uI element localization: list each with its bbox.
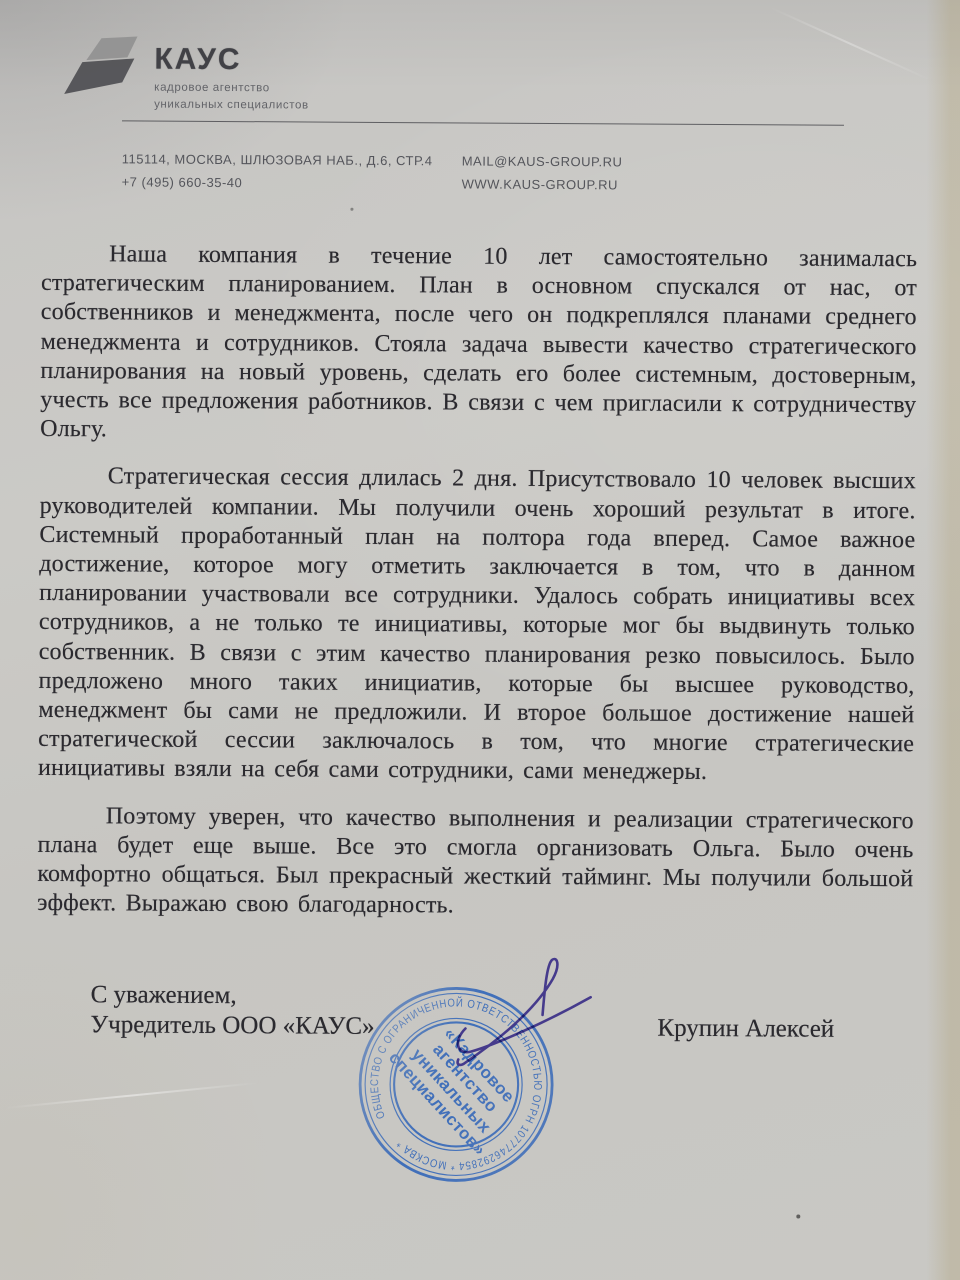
kaus-logo-icon xyxy=(64,36,144,98)
brand-name: КАУС xyxy=(154,45,309,76)
closing-left: С уважением, Учредитель ООО «КАУС» xyxy=(90,980,374,1042)
paragraph-2: Стратегическая сессия длилась 2 дня. При… xyxy=(38,462,916,789)
letter-photo: КАУС кадровое агентство уникальных специ… xyxy=(0,0,960,1280)
signatory-name: Крупин Алексей xyxy=(657,1015,834,1044)
paper-crease xyxy=(3,1082,262,1109)
contact-web-block: MAIL@KAUS-GROUP.RU WWW.KAUS-GROUP.RU xyxy=(462,150,623,196)
closing-block: С уважением, Учредитель ООО «КАУС» Крупи… xyxy=(1,0,960,5)
letterhead: КАУС кадровое агентство уникальных специ… xyxy=(1,0,960,5)
signatory-title: Учредитель ООО «КАУС» xyxy=(90,1010,374,1042)
brand-text: КАУС кадровое агентство уникальных специ… xyxy=(154,45,309,114)
tagline-line-1: кадровое агентство xyxy=(154,80,309,98)
paragraph-3: Поэтому уверен, что качество выполнения … xyxy=(37,802,914,924)
letter-body: Наша компания в течение 10 лет самостоят… xyxy=(37,240,917,942)
website-line: WWW.KAUS-GROUP.RU xyxy=(462,173,623,197)
tagline-line-2: уникальных специалистов xyxy=(154,96,309,114)
paragraph-1: Наша компания в течение 10 лет самостоят… xyxy=(40,240,917,450)
contact-address-block: 115114, МОСКВА, ШЛЮЗОВАЯ НАБ., Д.6, СТР.… xyxy=(122,148,462,196)
phone-line: +7 (495) 660-35-40 xyxy=(122,171,462,196)
address-line: 115114, МОСКВА, ШЛЮЗОВАЯ НАБ., Д.6, СТР.… xyxy=(122,148,462,173)
contact-row: 115114, МОСКВА, ШЛЮЗОВАЯ НАБ., Д.6, СТР.… xyxy=(122,148,844,198)
email-line: MAIL@KAUS-GROUP.RU xyxy=(462,150,623,174)
handwritten-signature xyxy=(394,932,635,1113)
header-divider xyxy=(122,120,844,126)
brand-row: КАУС кадровое агентство уникальных специ… xyxy=(64,36,309,114)
paper-speck-2 xyxy=(350,208,353,211)
paper-speck xyxy=(796,1215,800,1219)
paper-crease-2 xyxy=(768,6,933,82)
paper-content: КАУС кадровое агентство уникальных специ… xyxy=(0,0,960,1280)
salutation: С уважением, xyxy=(91,980,375,1012)
brand-tagline: кадровое агентство уникальных специалист… xyxy=(154,80,309,114)
